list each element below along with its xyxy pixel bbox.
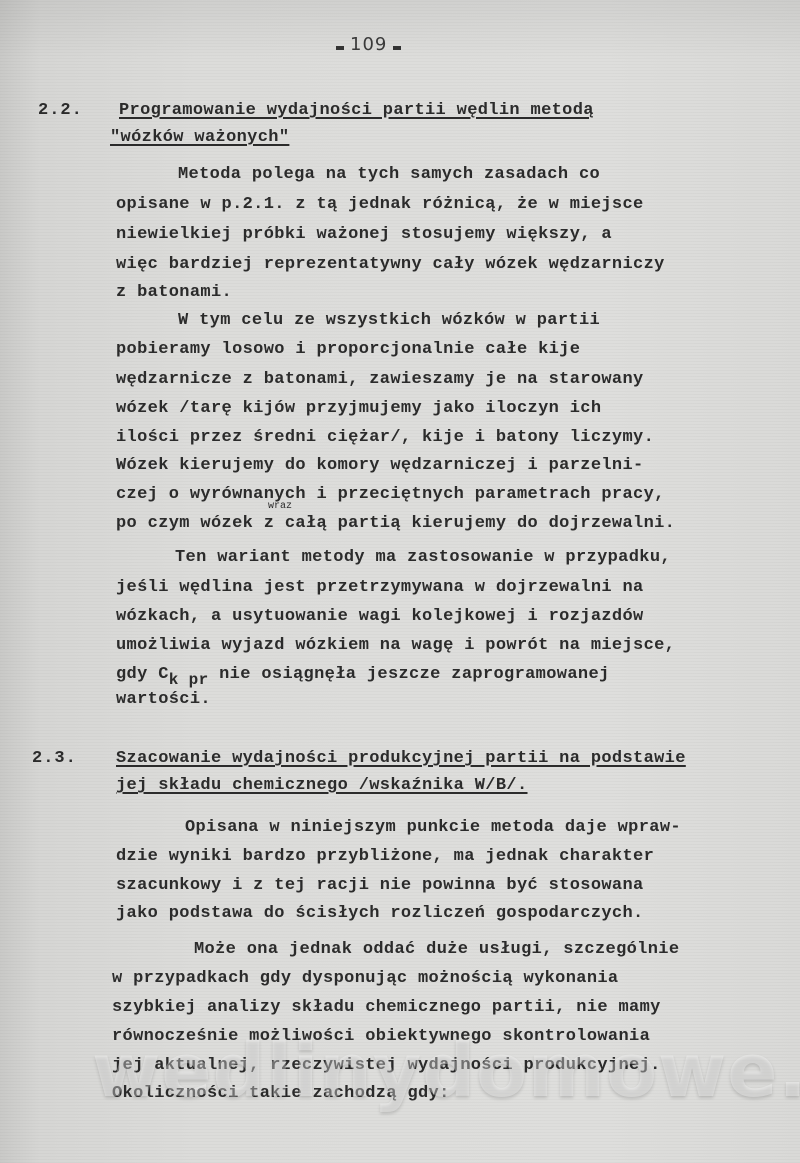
text-line: jako podstawa do ścisłych rozliczeń gosp…: [116, 904, 644, 924]
text-line: Ten wariant metody ma zastosowanie w prz…: [175, 548, 671, 568]
section-number: 2.2.: [38, 101, 83, 120]
text-line: wartości.: [116, 690, 211, 710]
text-line: dzie wyniki bardzo przybliżone, ma jedna…: [116, 847, 654, 867]
text-line: w przypadkach gdy dysponując możnością w…: [112, 969, 618, 989]
section-title-line: Programowanie wydajności partii wędlin m…: [119, 101, 594, 121]
text-line: z batonami.: [116, 283, 232, 303]
text-line: po czym wózek z całą partią kierujemy do…: [116, 514, 675, 534]
text-line: Metoda polega na tych samych zasadach co: [178, 165, 600, 185]
text-line: Okoliczności takie zachodzą gdy:: [112, 1084, 450, 1104]
text-line: szacunkowy i z tej racji nie powinna być…: [116, 876, 644, 896]
text-line: jej aktualnej, rzeczywistej wydajności p…: [112, 1056, 661, 1076]
text-line: umożliwia wyjazd wózkiem na wagę i powró…: [116, 636, 675, 656]
text-line: wózek /tarę kijów przyjmujemy jako ilocz…: [116, 399, 601, 419]
text-line: szybkiej analizy składu chemicznego part…: [112, 998, 661, 1018]
text-line: opisane w p.2.1. z tą jednak różnicą, że…: [116, 195, 644, 215]
handwritten-insert: wraz: [268, 501, 292, 512]
text-line: Wózek kierujemy do komory wędzarniczej i…: [116, 456, 644, 476]
dash-left: [336, 46, 344, 50]
page-number: 109: [330, 34, 407, 55]
text-line: czej o wyrównanych i przeciętnych parame…: [116, 485, 665, 505]
text-line: jeśli wędlina jest przetrzymywana w dojr…: [116, 578, 644, 598]
document-page: 109 2.2. Programowanie wydajności partii…: [0, 0, 800, 1163]
subscript: k pr: [169, 671, 209, 689]
dash-right: [393, 46, 401, 50]
text-line: wędzarnicze z batonami, zawieszamy je na…: [116, 370, 644, 390]
text-line: ilości przez średni ciężar/, kije i bato…: [116, 428, 654, 448]
text-fragment: gdy C: [116, 665, 169, 684]
page-number-value: 109: [350, 34, 387, 55]
text-fragment: nie osiągnęła jeszcze zaprogramowanej: [209, 665, 610, 684]
section-title-line: jej składu chemicznego /wskaźnika W/B/.: [116, 776, 528, 796]
section-number: 2.3.: [32, 749, 77, 768]
section-title-line: "wózków ważonych": [110, 128, 289, 148]
text-line: niewielkiej próbki ważonej stosujemy wię…: [116, 225, 612, 245]
text-line: W tym celu ze wszystkich wózków w partii: [178, 311, 600, 331]
section-title-line: Szacowanie wydajności produkcyjnej parti…: [116, 749, 686, 769]
text-line: Może ona jednak oddać duże usługi, szcze…: [194, 940, 679, 960]
text-line: pobieramy losowo i proporcjonalnie całe …: [116, 340, 580, 360]
text-line: wózkach, a usytuowanie wagi kolejkowej i…: [116, 607, 644, 627]
text-line: więc bardziej reprezentatywny cały wózek…: [116, 255, 665, 275]
text-line: gdy Ck pr nie osiągnęła jeszcze zaprogra…: [116, 664, 610, 685]
text-line: Opisana w niniejszym punkcie metoda daje…: [185, 818, 681, 838]
text-line: równocześnie możliwości obiektywnego sko…: [112, 1027, 650, 1047]
